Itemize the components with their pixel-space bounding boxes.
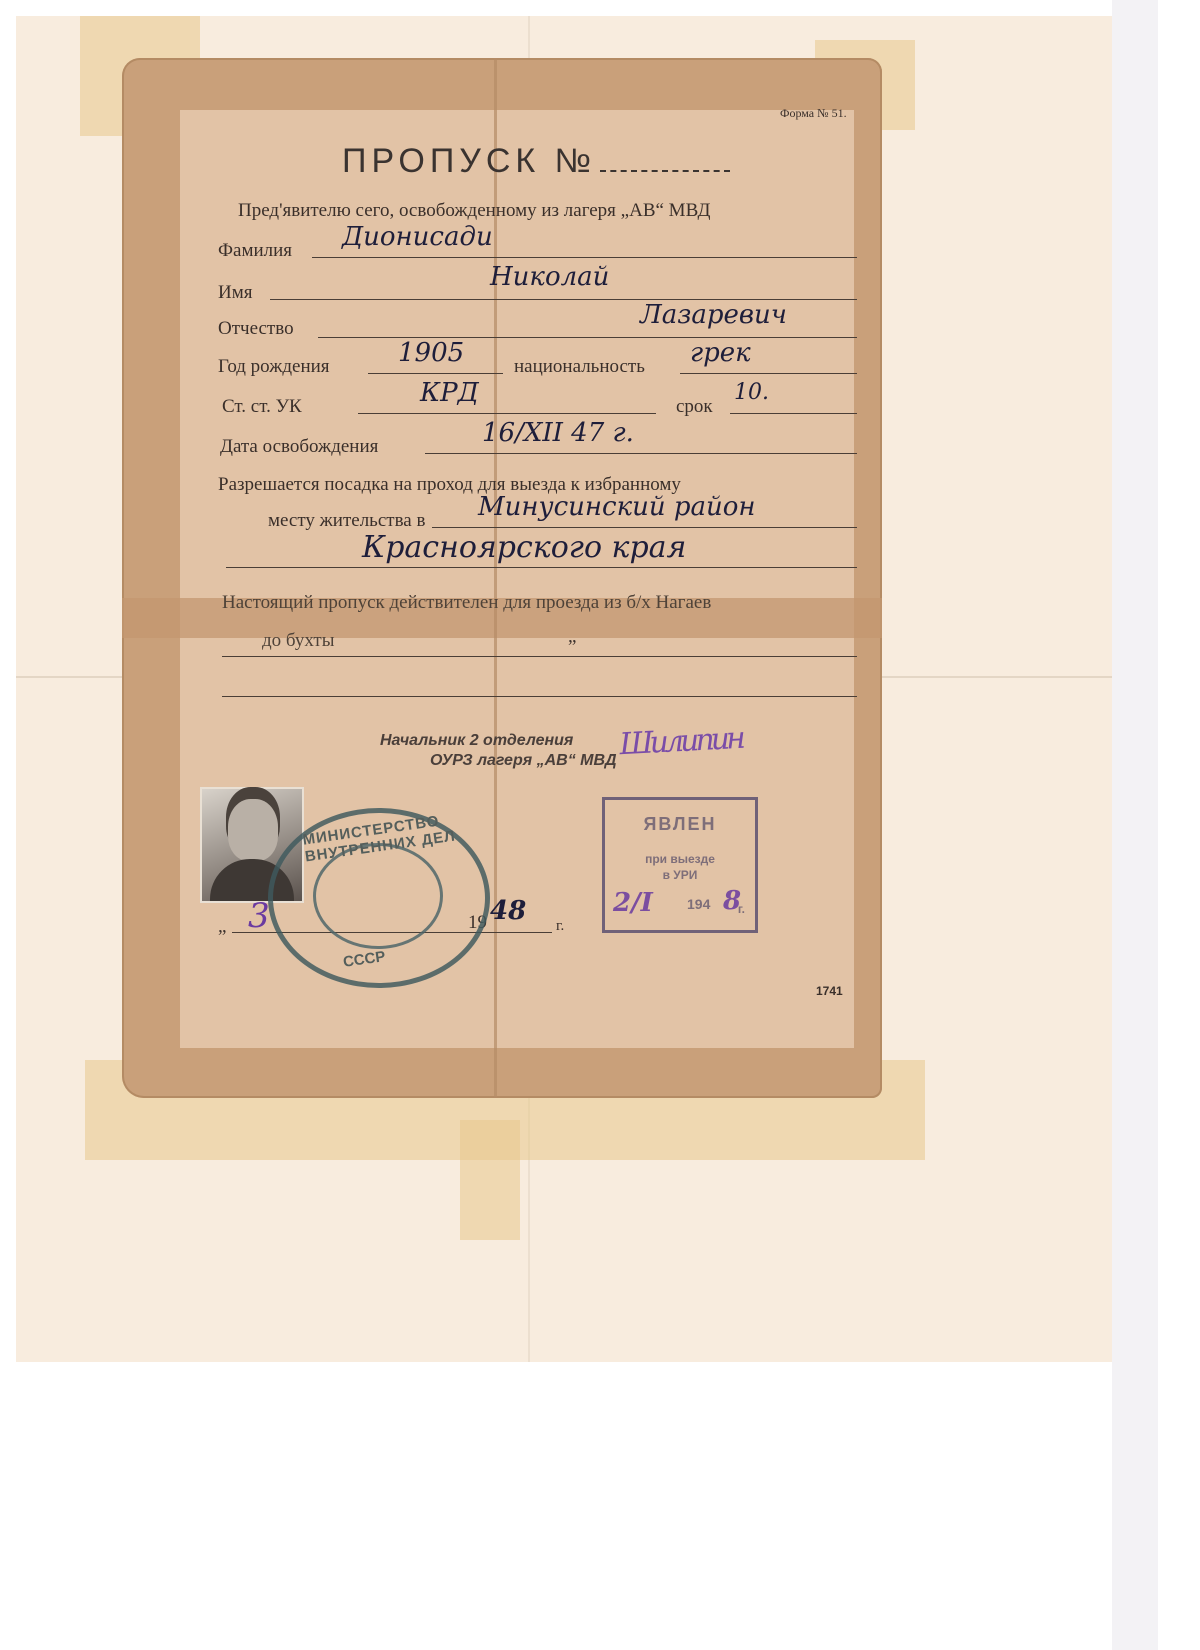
validity-text: Настоящий пропуск действителен для проез… — [222, 592, 711, 614]
page-title: ПРОПУСК № — [342, 142, 596, 181]
name-value: Николай — [490, 262, 609, 292]
round-seal: МИНИСТЕРСТВО ВНУТРЕННИХ ДЕЛ СССР — [268, 808, 490, 988]
issue-date-suffix: г. — [556, 918, 564, 935]
article-label: Ст. ст. УК — [222, 396, 302, 418]
registration-stamp: ЯВЛЕН при выезде в УРИ 2/I 194 8 г. — [602, 797, 758, 933]
term-value: 10. — [734, 380, 769, 405]
patronymic-value: Лазаревич — [640, 300, 787, 330]
surname-label: Фамилия — [218, 240, 292, 262]
article-value: КРД — [420, 378, 479, 408]
nationality-label: национальность — [514, 356, 645, 378]
residence-line-2 — [226, 567, 857, 568]
birth-year-value: 1905 — [398, 338, 464, 368]
tape-strip — [460, 1120, 520, 1240]
term-line — [730, 413, 857, 414]
residence-label: месту жительства в — [268, 510, 425, 532]
residence-line-1 — [432, 527, 857, 528]
issue-date-day: 3 — [248, 896, 270, 936]
signatory-department: ОУРЗ лагеря „АВ“ МВД — [430, 752, 617, 770]
seal-text-bottom: СССР — [342, 948, 386, 971]
release-date-label: Дата освобождения — [220, 436, 378, 458]
patronymic-label: Отчество — [218, 318, 294, 340]
title-number-line — [600, 170, 730, 172]
stamp-line-2: в УРИ — [605, 868, 755, 882]
bay-line — [222, 656, 857, 657]
serial-number: 1741 — [816, 984, 843, 998]
bay-label: до бухты — [262, 630, 334, 652]
signature: Шилипин — [619, 717, 822, 787]
residence-value-line-2: Красноярского края — [362, 530, 686, 565]
signatory-title: Начальник 2 отделения — [380, 732, 573, 750]
term-label: срок — [676, 396, 713, 418]
issue-date-open-quote: „ — [218, 916, 226, 938]
birth-year-label: Год рождения — [218, 356, 330, 378]
portrait-head — [228, 799, 278, 861]
nationality-value: грек — [690, 338, 751, 368]
scanner-edge — [1112, 0, 1158, 1650]
intro-text: Пред'явителю сего, освобожденному из лаг… — [238, 200, 711, 222]
form-number: Форма № 51. — [780, 106, 847, 121]
extra-line — [222, 696, 857, 697]
bay-quote: „ — [568, 626, 576, 648]
stamp-line-1: при выезде — [605, 852, 755, 866]
surname-value: Дионисади — [342, 222, 493, 252]
stamp-suffix: г. — [665, 902, 745, 916]
name-label: Имя — [218, 282, 252, 304]
birth-year-line — [368, 373, 503, 374]
release-date-line — [425, 453, 857, 454]
release-date-value: 16/XII 47 г. — [482, 418, 634, 448]
residence-value-line-1: Минусинский район — [478, 492, 756, 522]
stamp-date: 2/I — [613, 888, 653, 918]
issue-date-year-suffix: 48 — [490, 896, 526, 926]
nationality-line — [680, 373, 857, 374]
surname-line — [312, 257, 857, 258]
article-line — [358, 413, 656, 414]
stamp-title: ЯВЛЕН — [605, 814, 755, 835]
